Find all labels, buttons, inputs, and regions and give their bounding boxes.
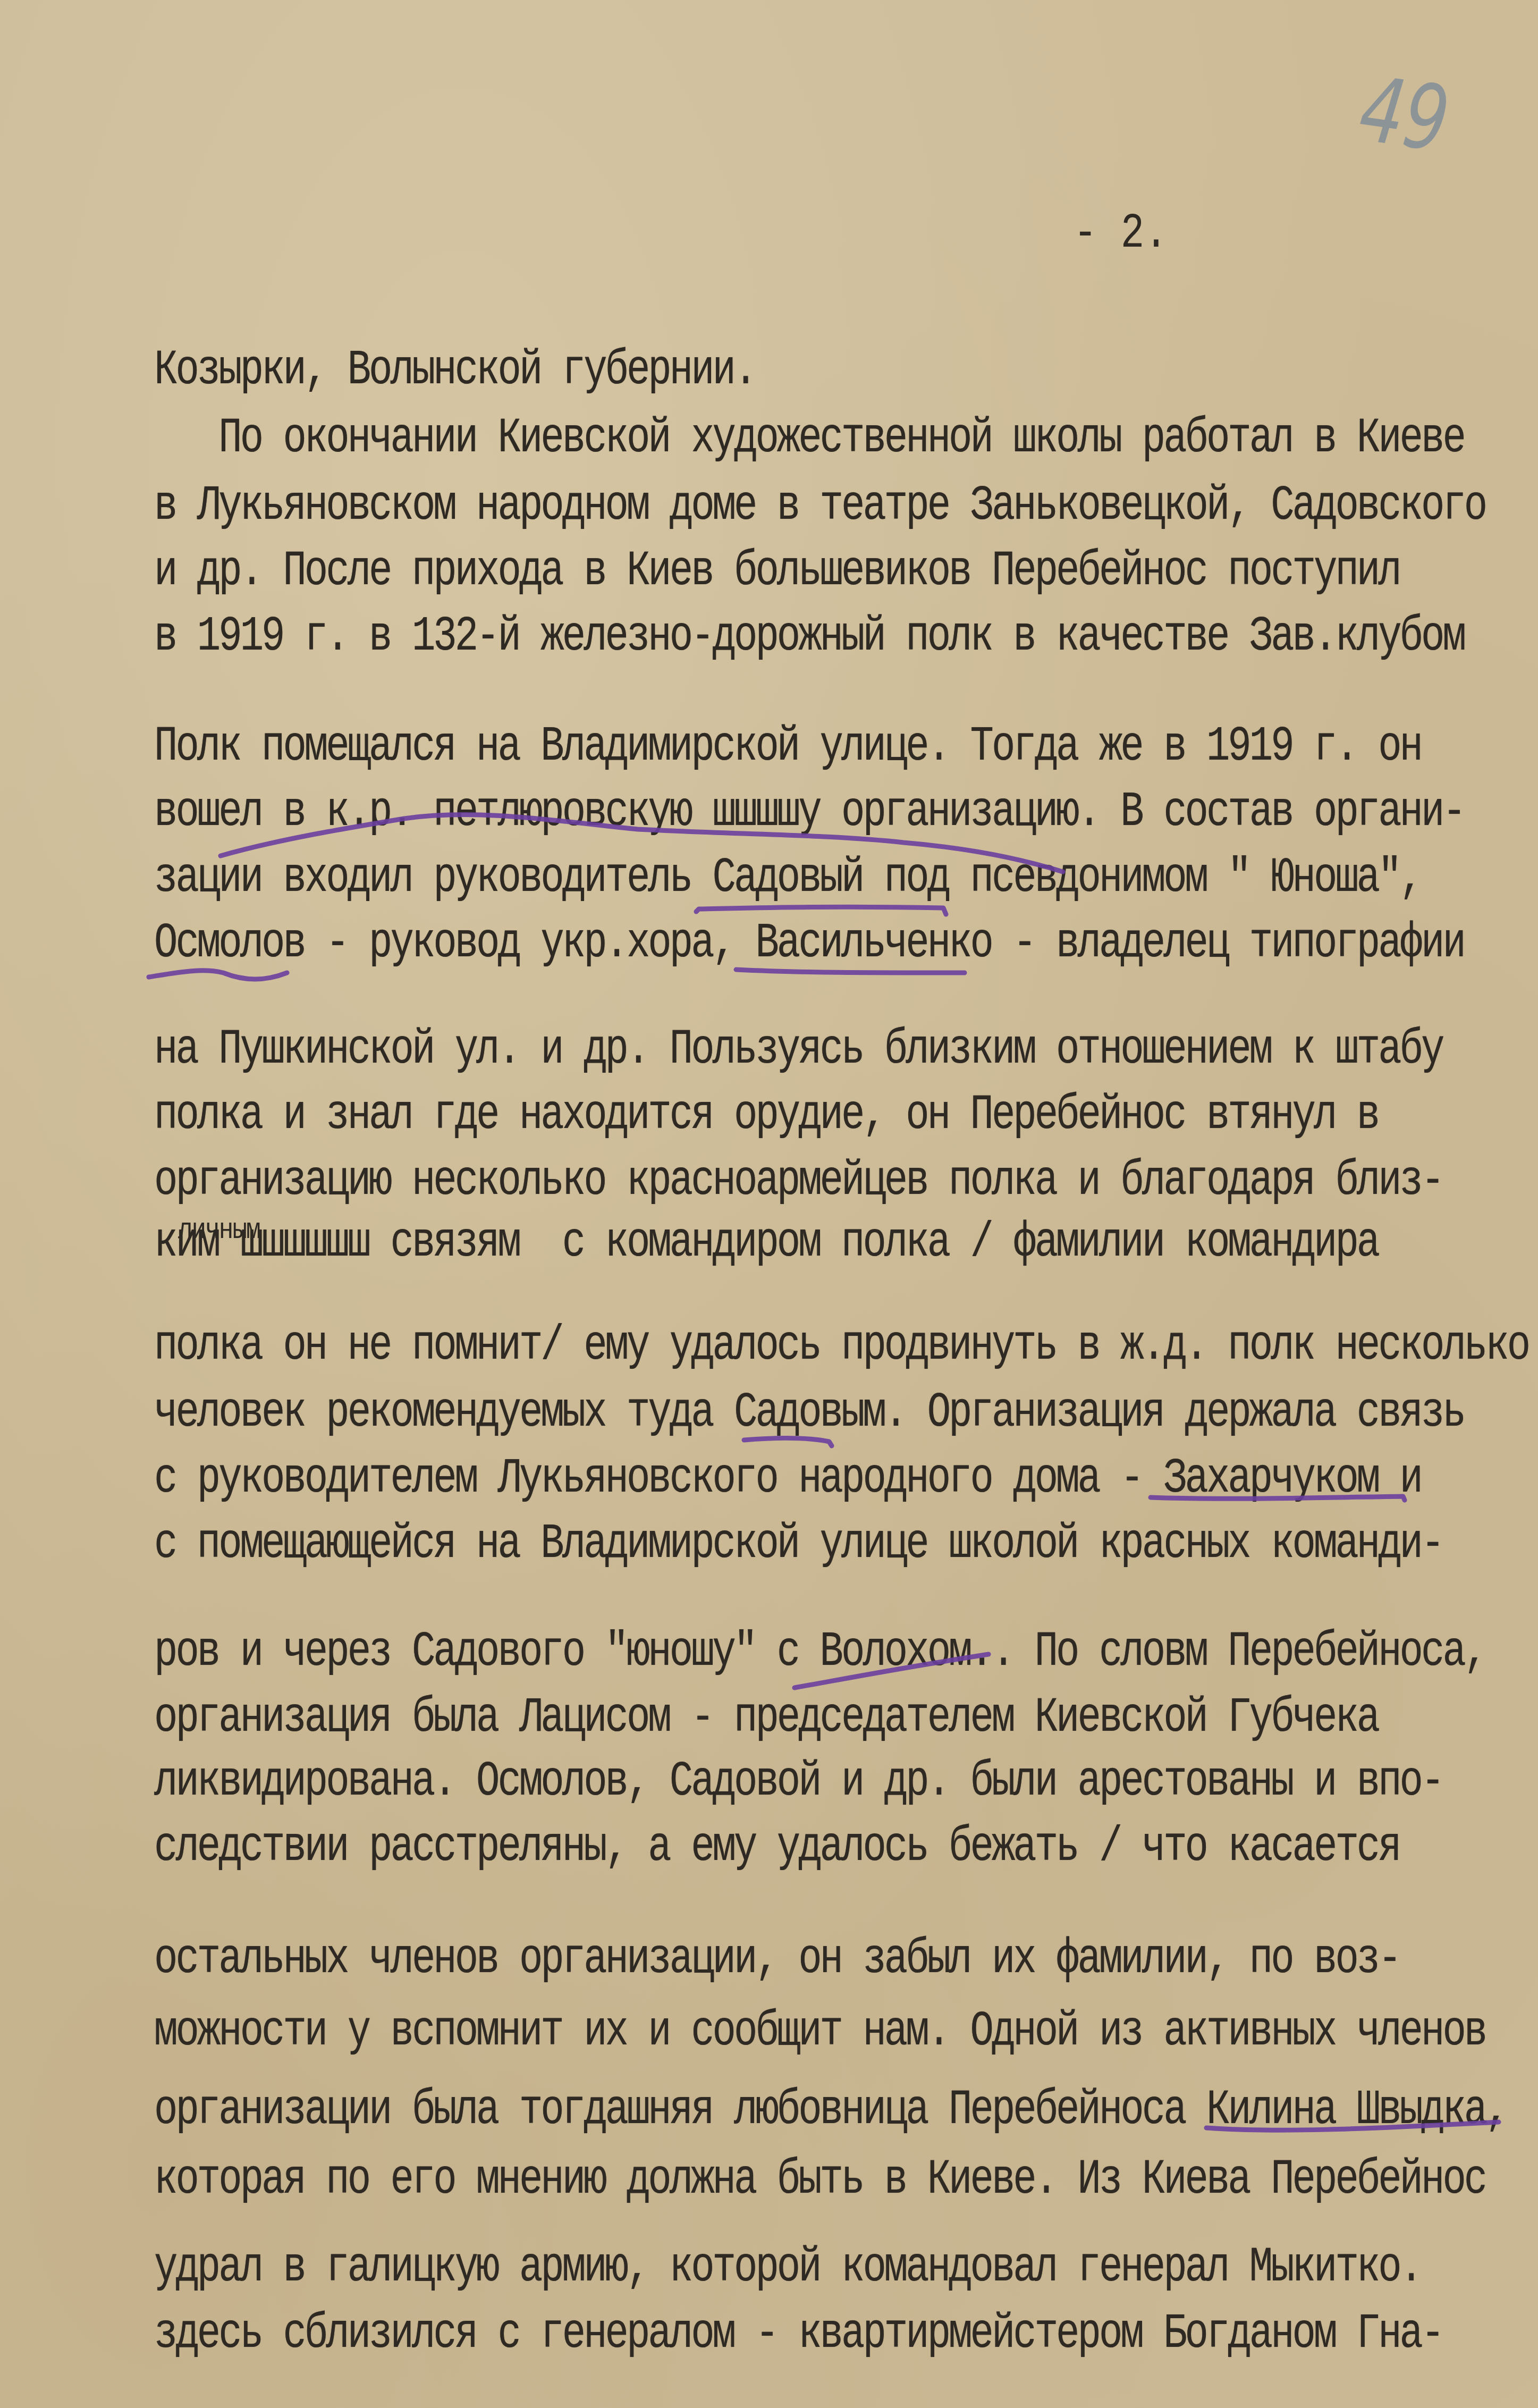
text-line: с руководителем Лукьяновского народного …	[154, 1449, 1421, 1509]
text-line: и др. После прихода в Киев большевиков П…	[154, 542, 1400, 602]
text-line: ким шшшшшш связям с командиром полка / ф…	[154, 1213, 1378, 1273]
text-line: на Пушкинской ул. и др. Пользуясь близки…	[154, 1020, 1442, 1080]
text-line: остальных членов организации, он забыл и…	[154, 1930, 1400, 1990]
text-line: следствии расстреляны, а ему удалось беж…	[154, 1817, 1400, 1877]
text-line: полка и знал где находится орудие, он Пе…	[154, 1085, 1378, 1146]
text-line: с помещающейся на Владимирской улице шко…	[154, 1514, 1442, 1575]
text-line: в Лукьяновском народном доме в театре За…	[154, 476, 1485, 536]
text-line: Козырки, Волынской губернии.	[154, 341, 755, 401]
archive-folio-mark: 49	[1354, 57, 1455, 172]
document-page: 49 - 2. Козырки, Волынской губернии. По …	[0, 0, 1538, 2408]
text-line: зации входил руководитель Садовый под пс…	[154, 848, 1421, 908]
text-line: организации была тогдашняя любовница Пер…	[154, 2081, 1507, 2141]
text-line: вошел в к.р. петлюровскую шшшшу организа…	[154, 782, 1464, 843]
text-line: полка он не помнит/ ему удалось продвину…	[154, 1316, 1528, 1376]
text-line: удрал в галицкую армию, которой командов…	[154, 2238, 1421, 2298]
text-line: в 1919 г. в 132-й железно-дорожный полк …	[154, 607, 1464, 667]
text-line: Полк помещался на Владимирской улице. То…	[154, 717, 1421, 777]
text-line: организация была Лацисом - председателем…	[154, 1688, 1378, 1748]
text-line: Осмолов - руковод укр.хора, Васильченко …	[154, 914, 1464, 974]
text-line: которая по его мнению должна быть в Киев…	[154, 2150, 1485, 2210]
text-line: организацию несколько красноармейцев пол…	[154, 1151, 1442, 1211]
text-line: По окончании Киевской художественной шко…	[154, 409, 1464, 469]
text-line: ликвидирована. Осмолов, Садовой и др. бы…	[154, 1752, 1442, 1812]
text-line: ров и через Садового "юношу" с Волохом..…	[154, 1622, 1485, 1682]
page-number: - 2.	[1074, 204, 1168, 264]
text-line: здесь сблизился с генералом - квартирмей…	[154, 2304, 1442, 2364]
text-line: человек рекомендуемых туда Садовым. Орга…	[154, 1383, 1464, 1443]
text-line: можности у вспомнит их и сообщит нам. Од…	[154, 2002, 1485, 2062]
